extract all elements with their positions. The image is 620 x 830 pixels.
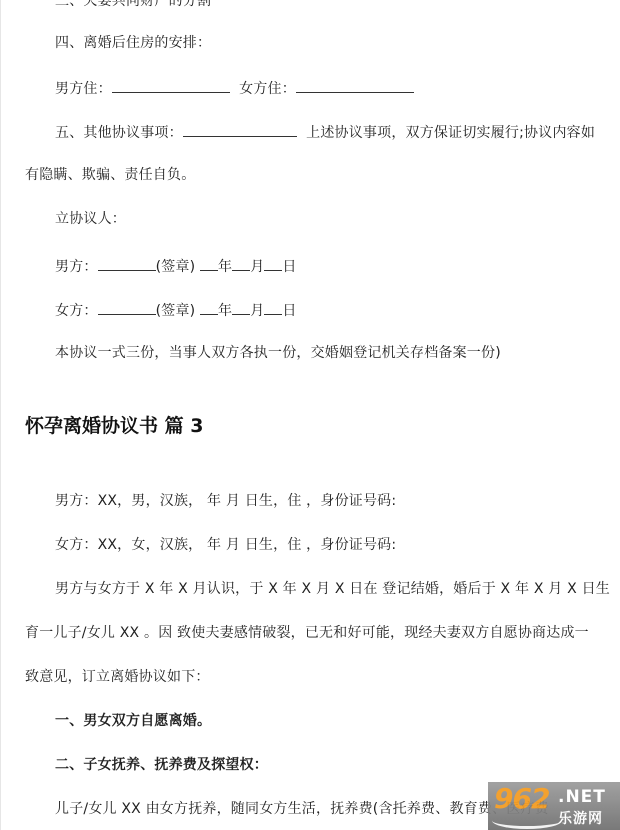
section5-continuation: 有隐瞒、欺骗、责任自负。: [25, 166, 195, 184]
female-day-blank: [264, 300, 282, 315]
watermark-site-name: 乐游网: [558, 808, 603, 828]
male-housing-label: 男方住：: [55, 81, 112, 97]
document-title: 怀孕离婚协议书 篇 3: [25, 413, 203, 439]
male-month-label: 月: [250, 259, 264, 275]
section5-blank: [183, 122, 297, 137]
female-signature-blank: [98, 300, 156, 315]
section5-label: 五、其他协议事项：: [55, 125, 183, 141]
watermark-number: 962: [494, 782, 549, 815]
female-housing-blank: [296, 78, 414, 93]
female-month-label: 月: [250, 303, 264, 319]
clause-2: 二、子女抚养、抚养费及探望权：: [55, 756, 268, 774]
male-year-blank: [200, 256, 218, 271]
site-watermark: 962 .NET 乐游网: [488, 782, 620, 830]
section4-heading: 四、离婚后住房的安排：: [55, 34, 211, 52]
signatories-heading: 立协议人：: [55, 210, 126, 228]
watermark-domain: .NET: [558, 787, 606, 807]
male-day-blank: [264, 256, 282, 271]
cutoff-section-heading: 三、夫妻共同财产的分割: [55, 0, 211, 10]
female-signature-label: 女方：: [55, 303, 98, 319]
male-signature-label: 男方：: [55, 259, 98, 275]
male-housing-blank: [112, 78, 230, 93]
copies-note: 本协议一式三份，当事人双方各执一份，交婚姻登记机关存档备案一份): [55, 344, 501, 362]
male-signature-line: 男方：(签章) 年月日: [55, 256, 297, 276]
male-party-info: 男方：XX，男，汉族， 年 月 日生，住 ，身份证号码:: [55, 492, 396, 510]
female-seal-label: (签章): [156, 303, 196, 319]
male-seal-label: (签章): [156, 259, 196, 275]
female-year-blank: [200, 300, 218, 315]
intro-line-3: 致意见，订立离婚协议如下：: [25, 668, 210, 686]
male-year-label: 年: [218, 259, 232, 275]
section5-text: 上述协议事项，双方保证切实履行;协议内容如: [306, 125, 595, 141]
male-signature-blank: [98, 256, 156, 271]
female-housing-label: 女方住：: [239, 81, 296, 97]
female-month-blank: [232, 300, 250, 315]
female-day-label: 日: [282, 303, 296, 319]
male-day-label: 日: [282, 259, 296, 275]
female-signature-line: 女方：(签章) 年月日: [55, 300, 297, 320]
housing-arrangement-line: 男方住： 女方住：: [55, 78, 414, 98]
child-support-text: 儿子/女儿 XX 由女方抚养，随同女方生活，抚养费(含托养费、教育费、医疗费: [55, 800, 549, 818]
clause-1: 一、男女双方自愿离婚。: [55, 712, 211, 730]
female-year-label: 年: [218, 303, 232, 319]
male-month-blank: [232, 256, 250, 271]
intro-line-2: 育一儿子/女儿 XX 。因 致使夫妻感情破裂，已无和好可能，现经夫妻双方自愿协商…: [25, 624, 589, 642]
section5-line: 五、其他协议事项： 上述协议事项，双方保证切实履行;协议内容如: [55, 122, 595, 142]
female-party-info: 女方：XX，女，汉族， 年 月 日生，住 ，身份证号码:: [55, 536, 396, 554]
intro-line-1: 男方与女方于 X 年 X 月认识，于 X 年 X 月 X 日在 登记结婚，婚后于…: [55, 580, 610, 598]
